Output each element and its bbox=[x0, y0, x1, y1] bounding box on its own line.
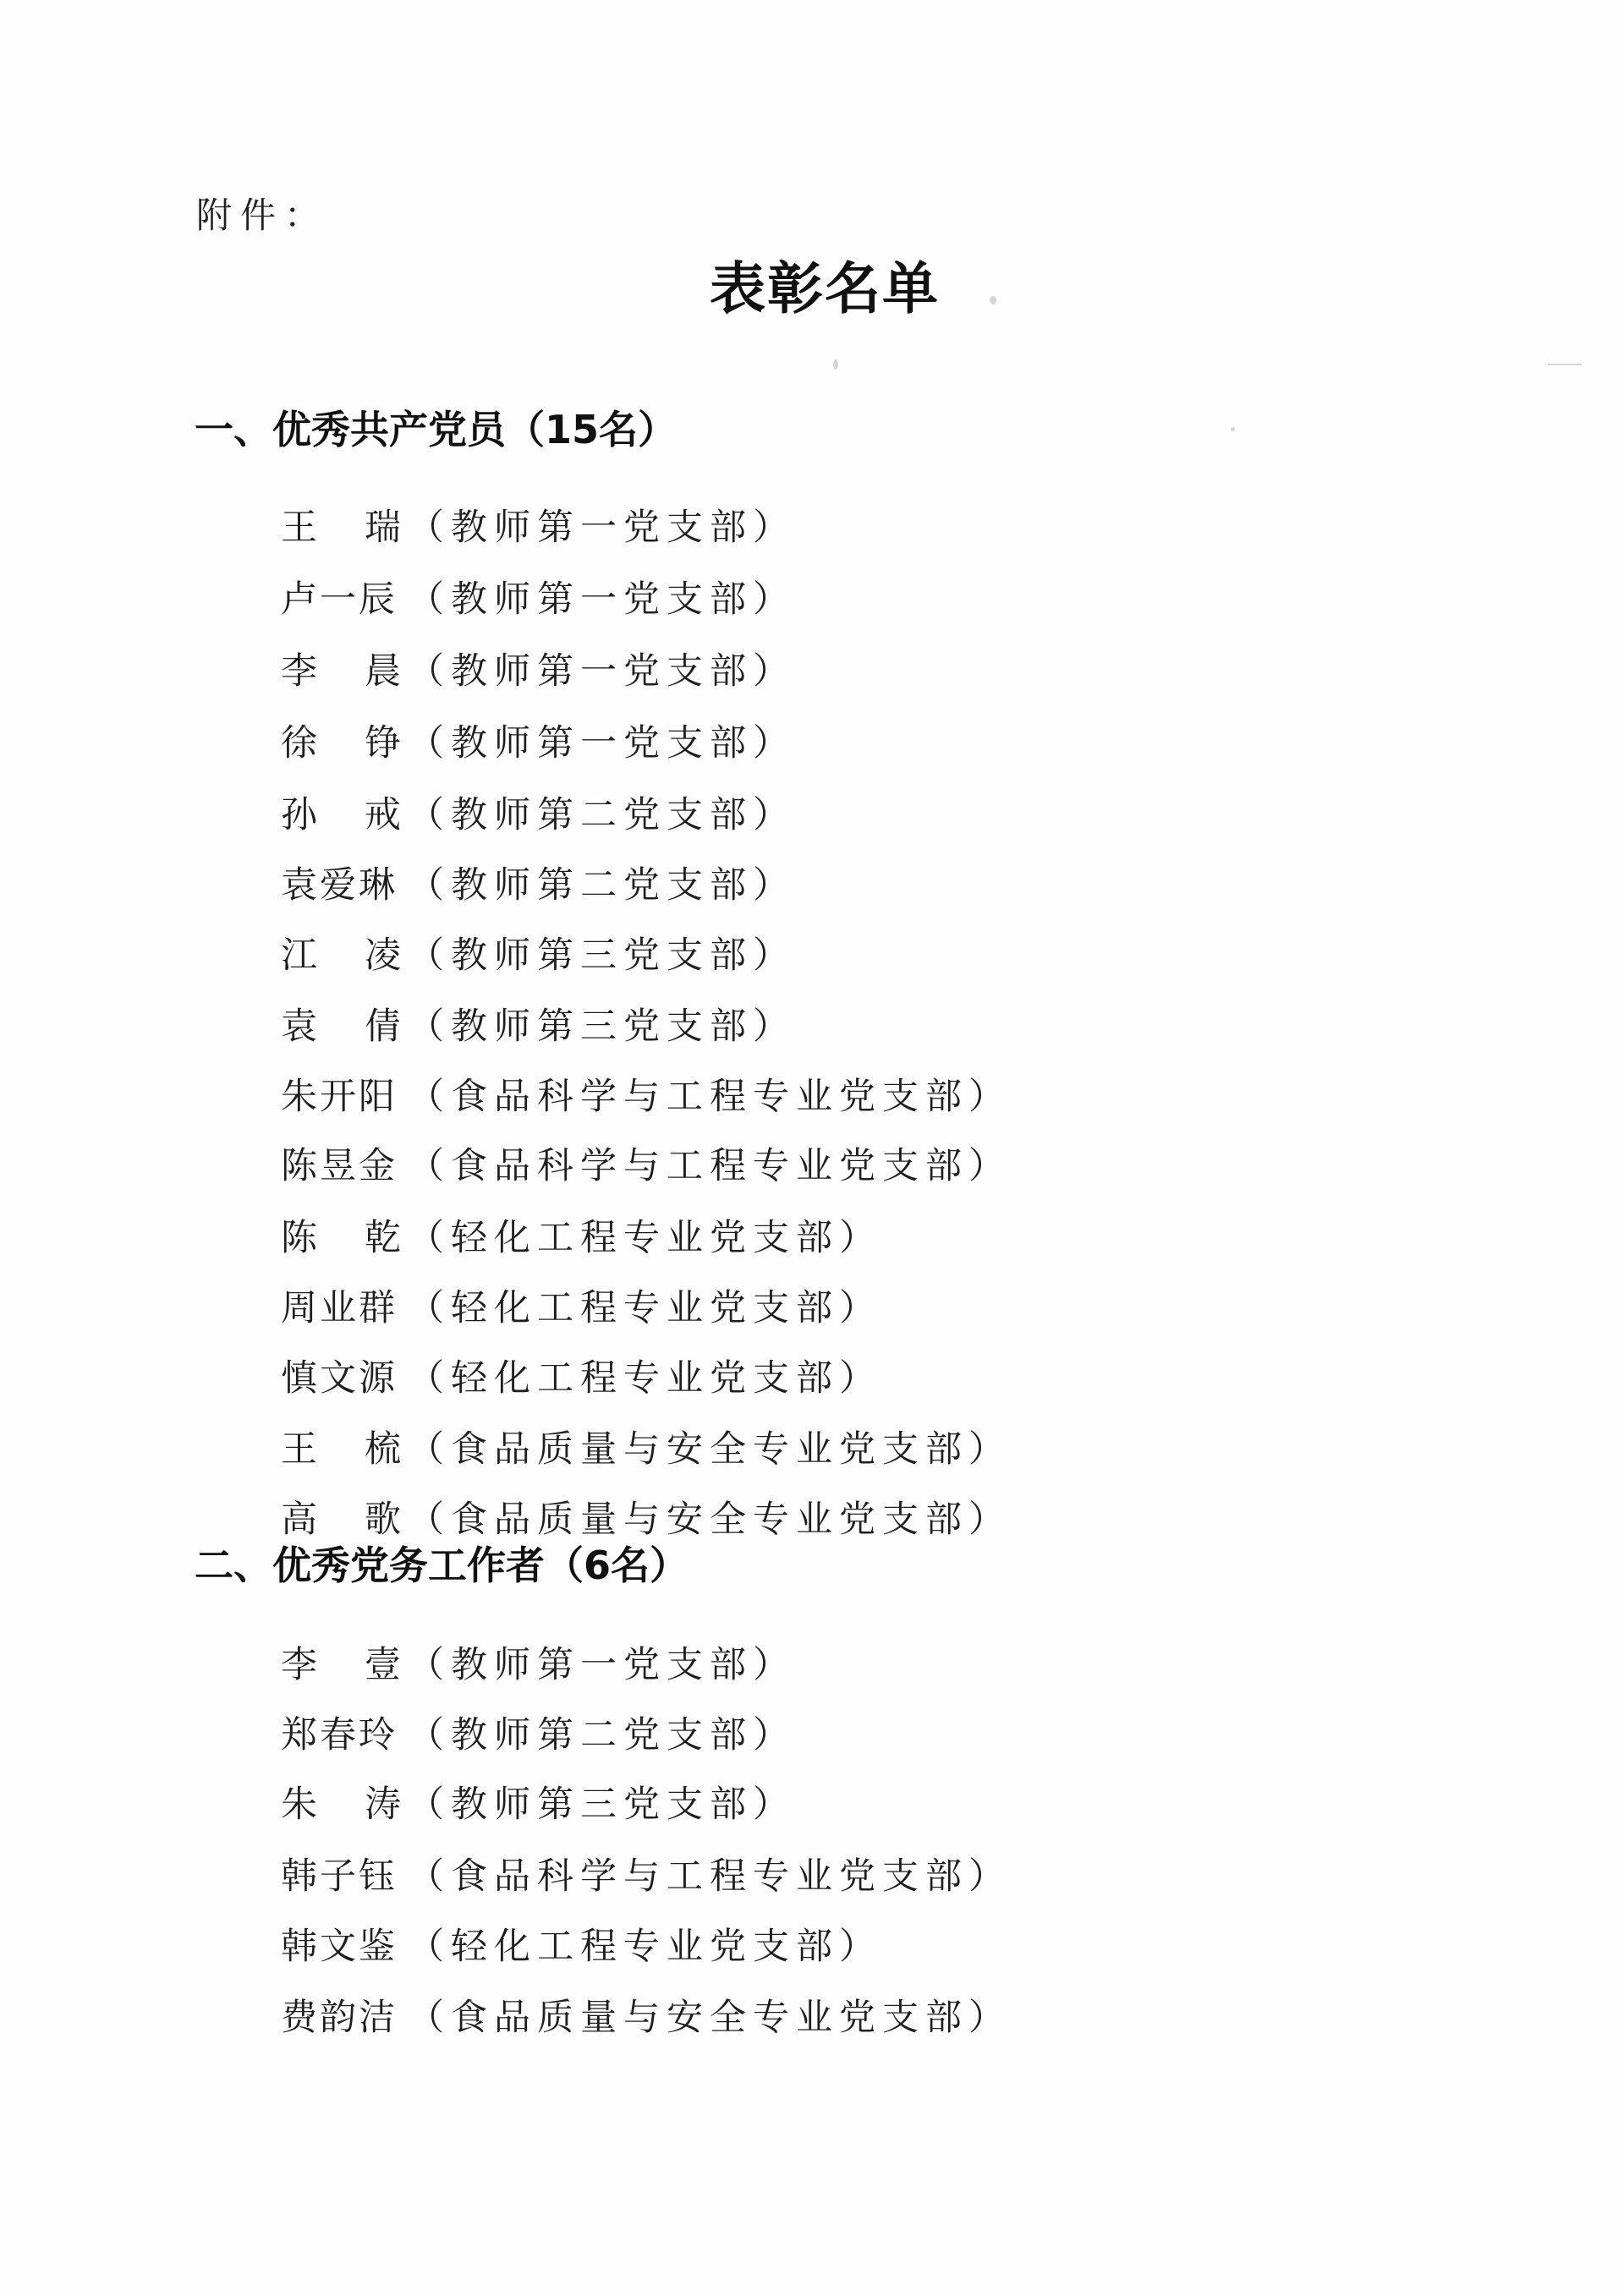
awardee-name: 韩文鉴 bbox=[281, 1918, 408, 1970]
party-branch: （教师第一党支部） bbox=[408, 499, 796, 551]
name-char: 壹 bbox=[365, 1636, 401, 1688]
name-char: 晨 bbox=[365, 643, 401, 694]
name-char: 王 bbox=[281, 1421, 317, 1472]
name-char: 凌 bbox=[365, 927, 401, 978]
name-char: 涛 bbox=[365, 1776, 401, 1827]
name-char: 乾 bbox=[365, 1209, 401, 1261]
party-branch: （教师第三党支部） bbox=[408, 998, 796, 1049]
awardee-name: 费韵洁 bbox=[281, 1989, 408, 2041]
list-item: 周业群（轻化工程专业党支部） bbox=[281, 1280, 882, 1331]
list-item: 卢一辰（教师第一党支部） bbox=[281, 571, 796, 622]
name-char: 瑞 bbox=[365, 499, 401, 551]
scan-speck bbox=[990, 296, 996, 304]
name-char: 梳 bbox=[365, 1421, 401, 1472]
list-item: 韩子钰（食品科学与工程专业党支部） bbox=[281, 1848, 1012, 1899]
awardee-name: 江凌 bbox=[281, 927, 401, 978]
party-branch: （食品科学与工程专业党支部） bbox=[408, 1848, 1012, 1899]
list-item: 王梳（食品质量与安全专业党支部） bbox=[281, 1421, 1012, 1472]
awardee-name: 卢一辰 bbox=[281, 571, 408, 622]
party-branch: （教师第一党支部） bbox=[408, 715, 796, 766]
party-branch: （轻化工程专业党支部） bbox=[408, 1209, 882, 1261]
awardee-name: 陈昱金 bbox=[281, 1137, 408, 1189]
party-branch: （教师第二党支部） bbox=[408, 1707, 796, 1758]
party-branch: （轻化工程专业党支部） bbox=[408, 1918, 882, 1970]
party-branch: （食品科学与工程专业党支部） bbox=[408, 1068, 1012, 1120]
party-branch: （食品质量与安全专业党支部） bbox=[408, 1421, 1012, 1472]
awardee-name: 王梳 bbox=[281, 1421, 401, 1472]
attachment-label: 附件： bbox=[196, 188, 328, 238]
list-item: 韩文鉴（轻化工程专业党支部） bbox=[281, 1918, 882, 1970]
party-branch: （教师第二党支部） bbox=[408, 857, 796, 908]
list-item: 费韵洁（食品质量与安全专业党支部） bbox=[281, 1989, 1012, 2041]
name-char: 倩 bbox=[365, 998, 401, 1049]
list-item: 朱开阳（食品科学与工程专业党支部） bbox=[281, 1068, 1012, 1120]
name-char: 铮 bbox=[365, 715, 401, 766]
party-branch: （轻化工程专业党支部） bbox=[408, 1280, 882, 1331]
scan-speck bbox=[1548, 364, 1582, 365]
name-char: 孙 bbox=[281, 786, 317, 838]
awardee-name: 孙戒 bbox=[281, 786, 401, 838]
name-char: 王 bbox=[281, 499, 317, 551]
party-branch: （食品质量与安全专业党支部） bbox=[408, 1989, 1012, 2041]
list-item: 陈乾（轻化工程专业党支部） bbox=[281, 1209, 882, 1261]
list-item: 郑春玲（教师第二党支部） bbox=[281, 1707, 796, 1758]
list-item: 徐铮（教师第一党支部） bbox=[281, 715, 796, 766]
awardee-name: 朱涛 bbox=[281, 1776, 401, 1827]
party-branch: （教师第一党支部） bbox=[408, 643, 796, 694]
awardee-name: 徐铮 bbox=[281, 715, 401, 766]
list-item: 孙戒（教师第二党支部） bbox=[281, 786, 796, 838]
awardee-name: 周业群 bbox=[281, 1280, 408, 1331]
scan-speck bbox=[1231, 427, 1235, 431]
party-branch: （教师第二党支部） bbox=[408, 786, 796, 838]
document-page: 附件： 表彰名单 一、优秀共产党员（15名） 王瑞（教师第一党支部）卢一辰（教师… bbox=[0, 0, 1624, 2296]
list-item: 李壹（教师第一党支部） bbox=[281, 1636, 796, 1688]
awardee-name: 慎文源 bbox=[281, 1350, 408, 1401]
list-item: 袁爱琳（教师第二党支部） bbox=[281, 857, 796, 908]
section-heading-outstanding-party-workers: 二、优秀党务工作者（6名） bbox=[195, 1535, 689, 1591]
awardee-name: 朱开阳 bbox=[281, 1068, 408, 1120]
name-char: 李 bbox=[281, 643, 317, 694]
party-branch: （教师第三党支部） bbox=[408, 1776, 796, 1827]
page-title: 表彰名单 bbox=[0, 244, 1624, 324]
name-char: 李 bbox=[281, 1636, 317, 1688]
party-branch: （轻化工程专业党支部） bbox=[408, 1350, 882, 1401]
list-item: 朱涛（教师第三党支部） bbox=[281, 1776, 796, 1827]
party-branch: （教师第一党支部） bbox=[408, 571, 796, 622]
awardee-name: 李晨 bbox=[281, 643, 401, 694]
awardee-name: 郑春玲 bbox=[281, 1707, 408, 1758]
party-branch: （食品科学与工程专业党支部） bbox=[408, 1137, 1012, 1189]
section-heading-outstanding-members: 一、优秀共产党员（15名） bbox=[195, 399, 677, 455]
awardee-name: 李壹 bbox=[281, 1636, 401, 1688]
list-item: 慎文源（轻化工程专业党支部） bbox=[281, 1350, 882, 1401]
party-branch: （教师第一党支部） bbox=[408, 1636, 796, 1688]
awardee-name: 袁爱琳 bbox=[281, 857, 408, 908]
awardee-name: 王瑞 bbox=[281, 499, 401, 551]
name-char: 戒 bbox=[365, 786, 401, 838]
list-item: 李晨（教师第一党支部） bbox=[281, 643, 796, 694]
name-char: 陈 bbox=[281, 1209, 317, 1261]
list-item: 袁倩（教师第三党支部） bbox=[281, 998, 796, 1049]
list-item: 陈昱金（食品科学与工程专业党支部） bbox=[281, 1137, 1012, 1189]
list-item: 王瑞（教师第一党支部） bbox=[281, 499, 796, 551]
name-char: 江 bbox=[281, 927, 317, 978]
awardee-name: 袁倩 bbox=[281, 998, 401, 1049]
list-item: 江凌（教师第三党支部） bbox=[281, 927, 796, 978]
name-char: 袁 bbox=[281, 998, 317, 1049]
awardee-name: 韩子钰 bbox=[281, 1848, 408, 1899]
awardee-name: 陈乾 bbox=[281, 1209, 401, 1261]
party-branch: （教师第三党支部） bbox=[408, 927, 796, 978]
scan-speck bbox=[833, 359, 838, 370]
name-char: 徐 bbox=[281, 715, 317, 766]
name-char: 朱 bbox=[281, 1776, 317, 1827]
